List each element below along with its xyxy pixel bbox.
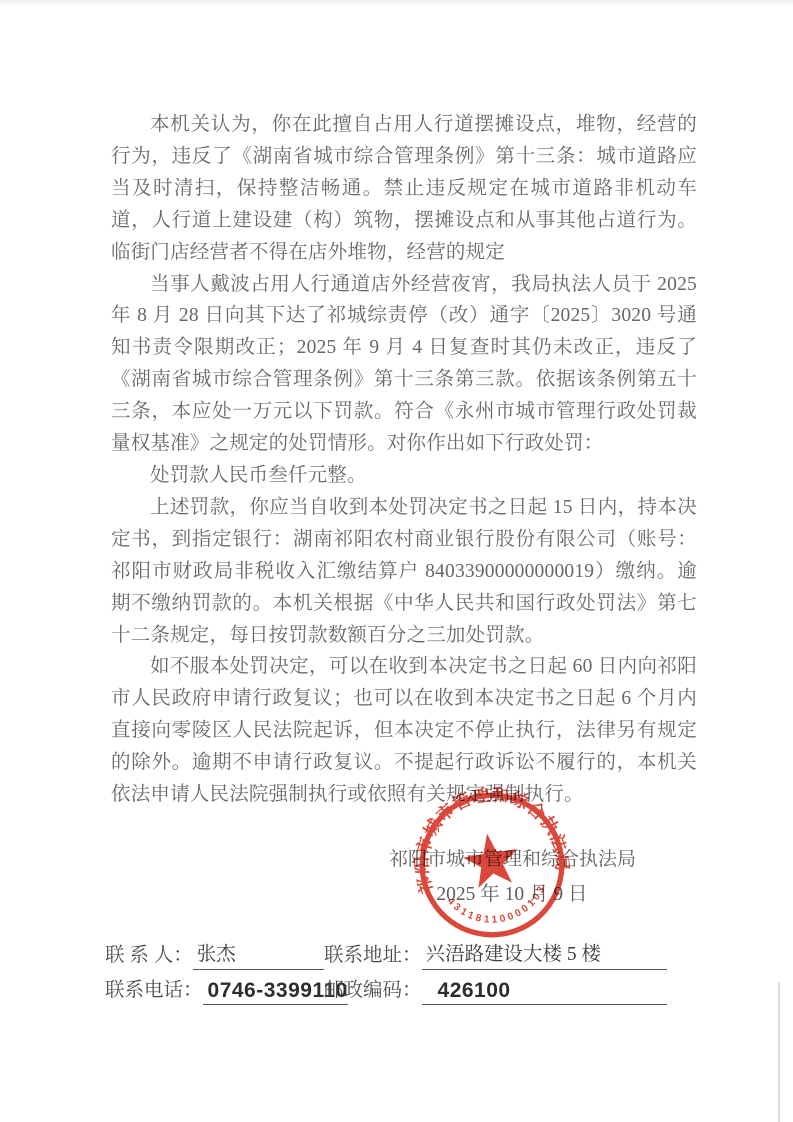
paragraph-payment-instructions: 上述罚款，你应当自收到本处罚决定书之日起 15 日内，持本决定书，到指定银行：湖… bbox=[111, 492, 697, 652]
paragraph-penalty-amount: 处罚款人民币叁仟元整。 bbox=[111, 460, 697, 492]
contact-row-1: 联 系 人： 张杰 联系地址： 兴浯路建设大楼 5 楼 bbox=[105, 941, 667, 970]
contact-address-value: 兴浯路建设大楼 5 楼 bbox=[422, 941, 667, 970]
paragraph-violation-facts: 当事人戴波占用人行通道店外经营夜宵，我局执法人员于 2025 年 8 月 28 … bbox=[111, 269, 697, 460]
postcode-value: 426100 bbox=[422, 977, 667, 1005]
scan-top-edge-artifact bbox=[0, 0, 793, 6]
contact-info-block: 联 系 人： 张杰 联系地址： 兴浯路建设大楼 5 楼 联系电话： 0746-3… bbox=[105, 941, 667, 1012]
contact-row-2: 联系电话： 0746-3399110 邮政编码： 426100 bbox=[105, 977, 667, 1005]
seal-star-icon bbox=[460, 829, 522, 889]
contact-address-label: 联系地址： bbox=[324, 942, 422, 970]
document-body: 本机关认为，你在此擅自占用人行道摆摊设点，堆物，经营的行为，违反了《湖南省城市综… bbox=[111, 109, 697, 811]
contact-phone-label: 联系电话： bbox=[105, 977, 203, 1005]
contact-person-value: 张杰 bbox=[193, 941, 324, 970]
postcode-label: 邮政编码： bbox=[324, 977, 422, 1005]
paragraph-appeal-rights: 如不服本处罚决定，可以在收到本决定书之日起 60 日内向祁阳市人民政府申请行政复… bbox=[111, 651, 697, 811]
paragraph-findings: 本机关认为，你在此擅自占用人行道摆摊设点，堆物，经营的行为，违反了《湖南省城市综… bbox=[111, 109, 697, 269]
official-seal: 祁阳市城市管理和综合执法局 43118110000103 bbox=[404, 777, 580, 953]
scan-right-edge-artifact bbox=[778, 982, 780, 1122]
contact-person-label: 联 系 人： bbox=[105, 942, 193, 970]
scanned-penalty-decision-page: { "document": { "paragraphs": [ "本机关认为，你… bbox=[0, 0, 793, 1122]
